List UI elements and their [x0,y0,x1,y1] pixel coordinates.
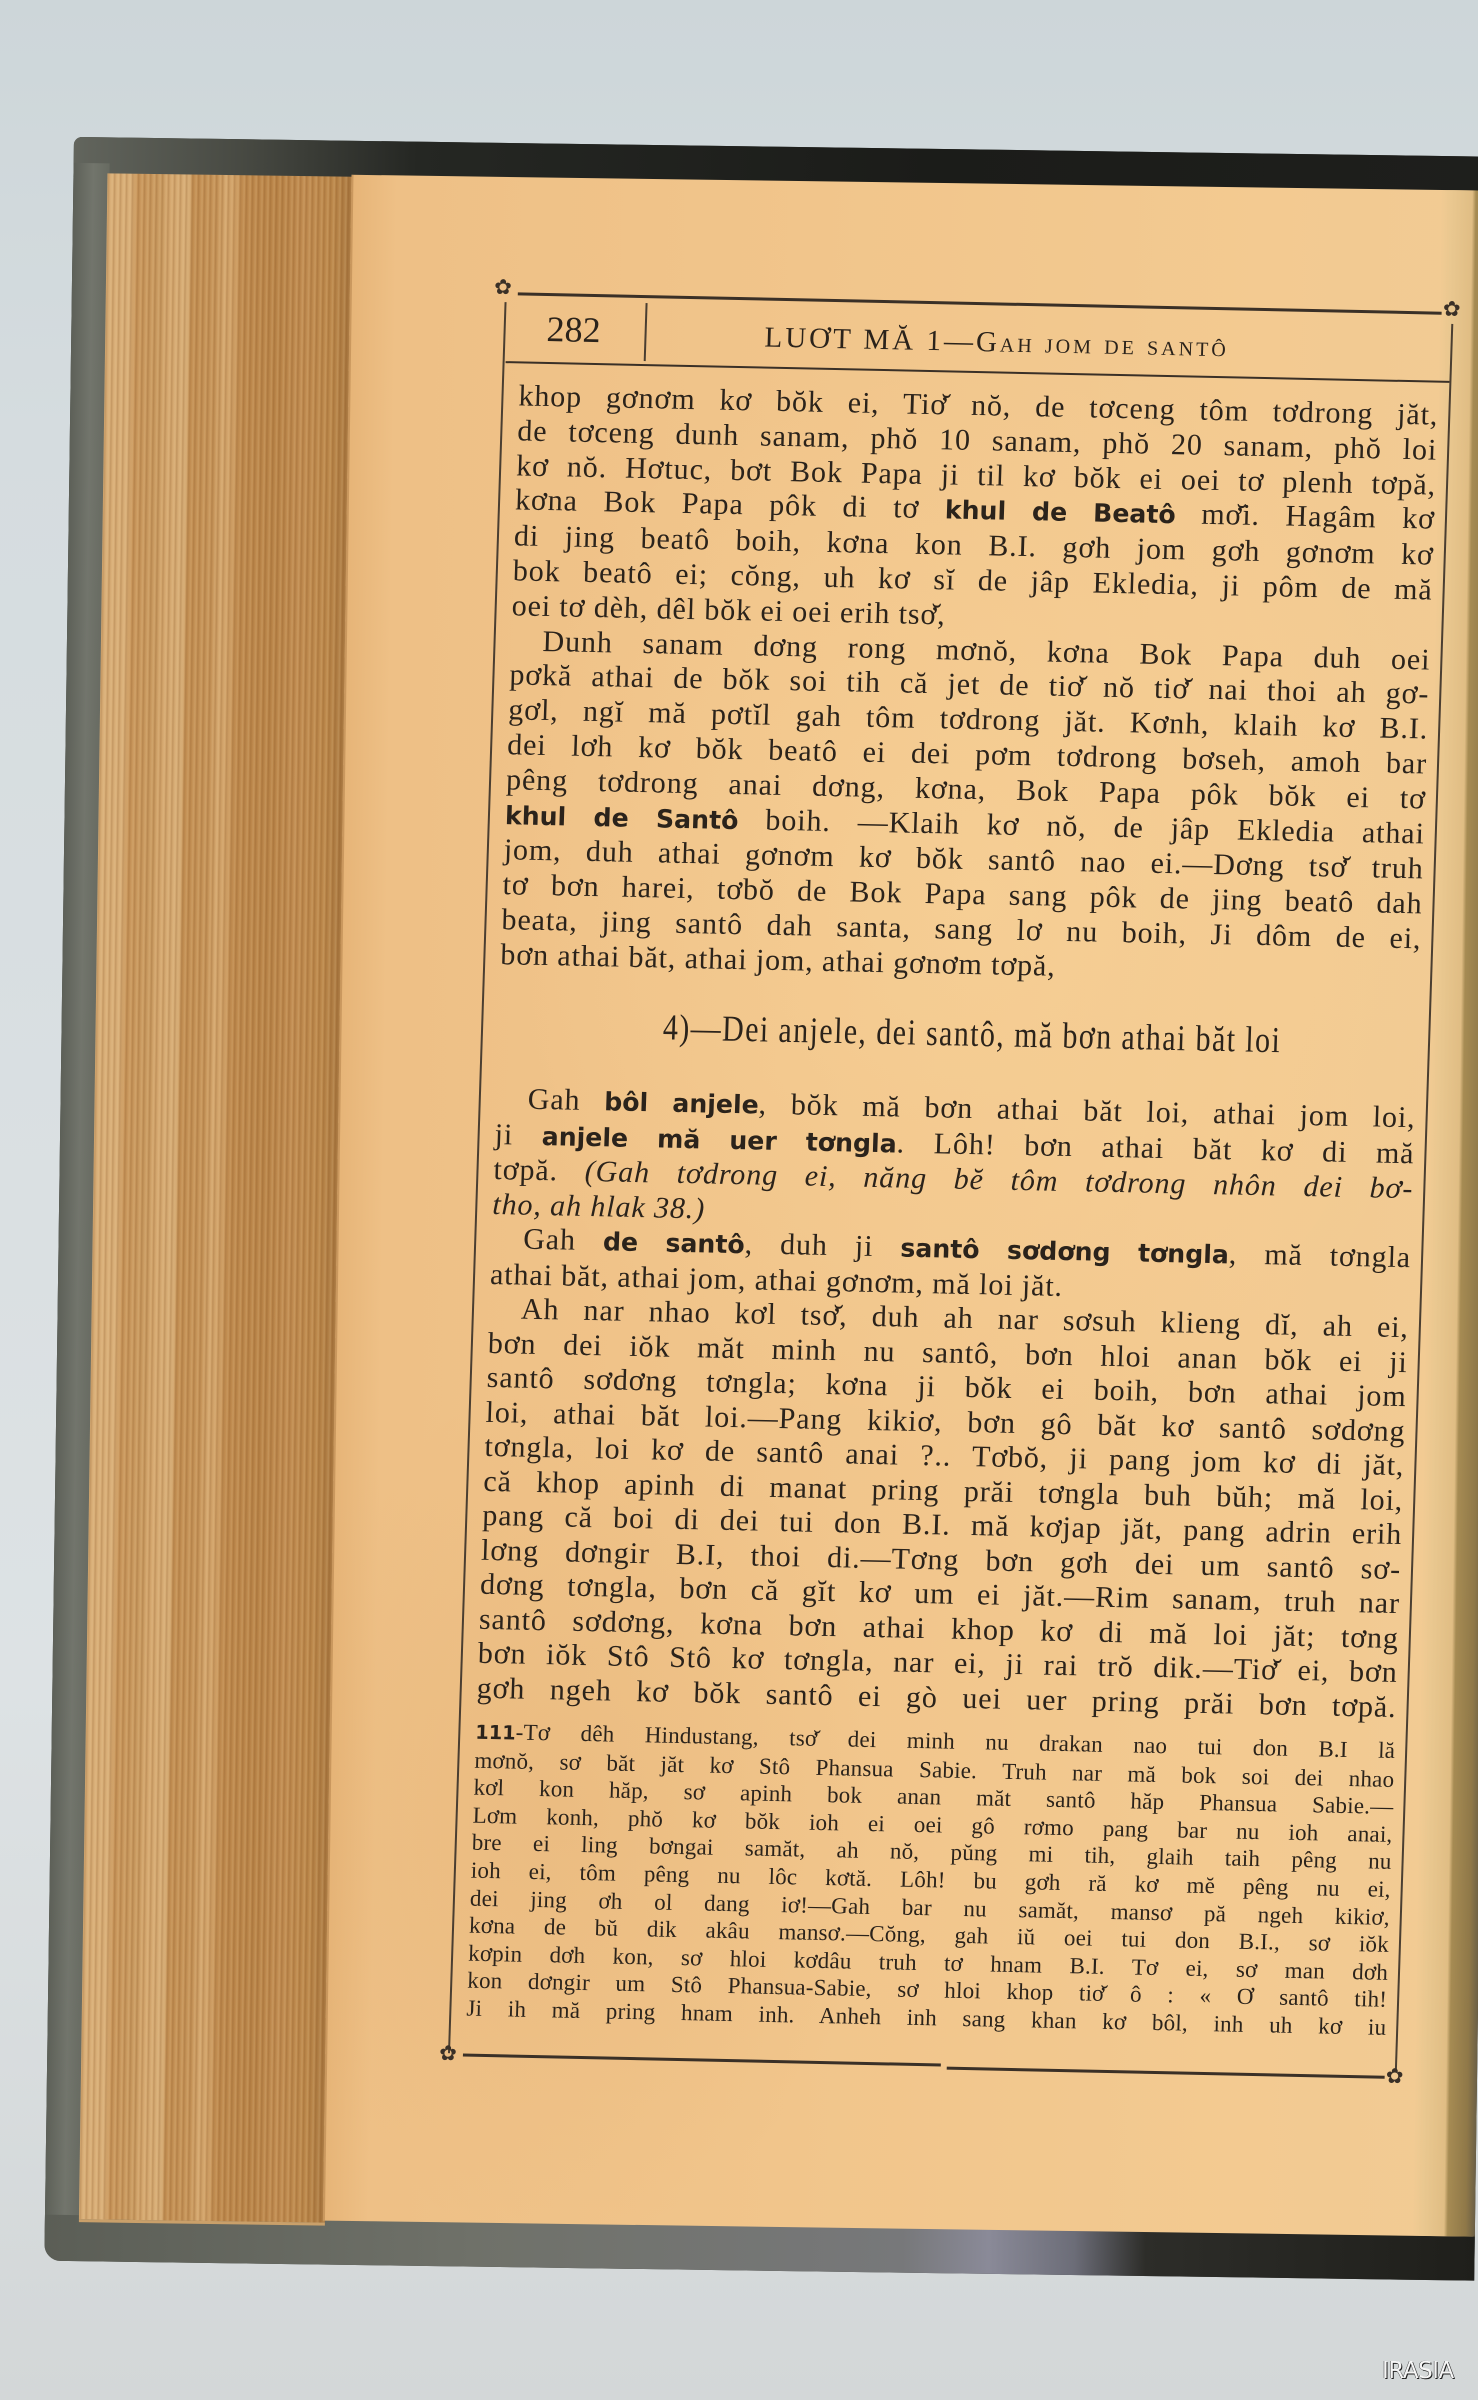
header-divider [644,303,648,361]
footnote: 111-Tơ dêh Hindustang, tsơ̆ dei minh nu … [466,1718,1396,2042]
text-run: mơ̆i. Hagâm kơ [1175,498,1435,536]
text-run: ji [494,1118,542,1152]
page-number: 282 [546,311,601,348]
running-title-prefix: LUƠT MĂ 1— [764,322,977,358]
text-run: Gah [527,1083,605,1118]
body-text-part-1: khop gơnơm kơ bŏk ei, Tiơ̆ nŏ, de tơceng… [500,379,1439,992]
printed-text-frame: ✿ ✿ 282 LUƠT MĂ 1—Gah jom de santô khop … [442,288,1460,2107]
watermark: IRASIA [1382,2358,1454,2384]
bottom-rule-left [463,2054,941,2067]
bold-text-run: de santô [603,1227,746,1259]
text-run: , duh ji [744,1227,901,1263]
bold-text-run: 111 [475,1721,516,1745]
text-run: tơpă. [493,1153,585,1188]
flower-ornament-icon: ✿ [494,277,513,298]
body-text-part-2: Gah bôl anjele, bŏk mă bơn athai băt loi… [476,1082,1416,1725]
scanned-book-spread: ✿ ✿ 282 LUƠT MĂ 1—Gah jom de santô khop … [0,0,1478,2400]
flower-ornament-icon: ✿ [1442,299,1461,320]
running-title-smallcaps: Gah jom de santô [975,326,1229,363]
page-edges-stack [79,173,354,2225]
bottom-rule-right [947,2067,1385,2079]
bold-text-run: khul de Beatô [944,496,1176,530]
italic-text-run: tho, ah hlak 38.) [492,1187,706,1224]
section-heading: 4)—Dei anjele, dei santô, mă bơn athai b… [498,1003,1419,1066]
bold-text-run: bôl anjele [604,1087,759,1119]
text-run: , mă tơngla [1228,1237,1411,1274]
running-title: LUƠT MĂ 1—Gah jom de santô [764,323,1229,363]
bold-text-run: khul de Santô [505,801,739,835]
flower-ornament-icon: ✿ [1385,2066,1404,2087]
flower-ornament-icon: ✿ [439,2043,458,2064]
bold-text-run: santô sơdơng tơngla [900,1234,1229,1270]
text-run: Gah [523,1223,604,1258]
header-bottom-rule [506,361,1450,383]
bold-text-run: anjele mă uer tơngla [541,1122,897,1158]
